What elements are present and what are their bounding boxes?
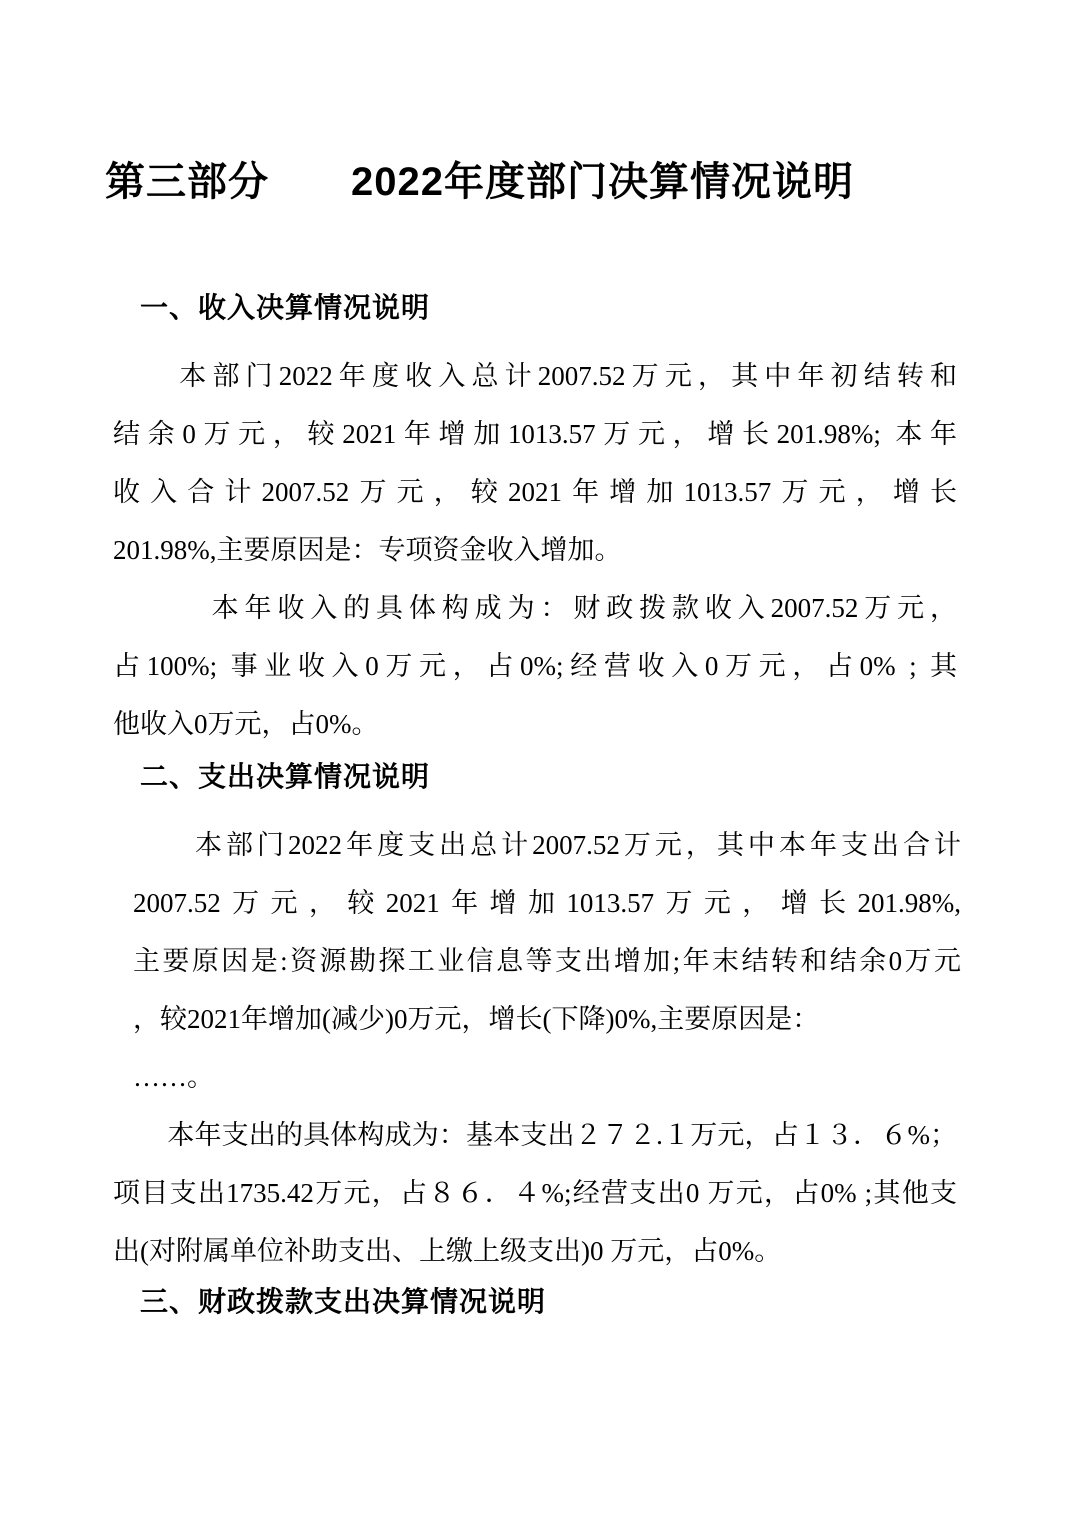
section-heading-fiscal-appropriation: 三、财政拨款支出决算情况说明	[140, 1286, 1072, 1318]
text-line: 本年收入的具体构成为：财政拨款收入2007.52万元，	[113, 579, 957, 637]
text-line: 本部门2022年度支出总计2007.52万元，其中本年支出合计	[133, 816, 961, 874]
document-page: 第三部分 2022年度部门决算情况说明 一、收入决算情况说明 本部门2022年度…	[0, 0, 1072, 1527]
paragraph-income-total: 本部门2022年度收入总计2007.52万元，其中年初结转和 结余0万元，较20…	[113, 347, 957, 579]
paragraph-expenditure-composition: 本年支出的具体构成为：基本支出２７２.１万元，占１３．６%； 项目支出1735.…	[113, 1106, 957, 1280]
text-line: 结余0万元，较2021年增加1013.57万元，增长201.98%; 本年	[113, 405, 957, 463]
text-line: 本年支出的具体构成为：基本支出２７２.１万元，占１３．６%；	[113, 1106, 957, 1164]
text-line: ，较2021年增加(减少)0万元，增长(下降)0%,主要原因是：	[133, 990, 961, 1048]
section-heading-income: 一、收入决算情况说明	[140, 292, 1072, 324]
text-line: 项目支出1735.42万元，占８６．４%;经营支出0 万元，占0% ;其他支	[113, 1164, 957, 1222]
text-line: 201.98%,主要原因是：专项资金收入增加。	[113, 521, 957, 579]
paragraph-income-composition: 本年收入的具体构成为：财政拨款收入2007.52万元， 占100%; 事业收入0…	[113, 579, 957, 753]
paragraph-expenditure-total: 本部门2022年度支出总计2007.52万元，其中本年支出合计 2007.52万…	[133, 816, 961, 1106]
text-line: 主要原因是:资源勘探工业信息等支出增加;年末结转和结余0万元	[133, 932, 961, 990]
text-line: ……。	[133, 1048, 961, 1106]
text-line: 占100%; 事业收入0万元，占0%;经营收入0万元，占0% ; 其	[113, 637, 957, 695]
document-title: 第三部分 2022年度部门决算情况说明	[105, 160, 1072, 204]
section-expenditure: 二、支出决算情况说明 本部门2022年度支出总计2007.52万元，其中本年支出…	[0, 761, 1072, 1280]
section-heading-expenditure: 二、支出决算情况说明	[140, 761, 1072, 793]
text-line: 出(对附属单位补助支出、上缴上级支出)0 万元，占0%。	[113, 1222, 957, 1280]
section-fiscal-appropriation: 三、财政拨款支出决算情况说明	[0, 1286, 1072, 1318]
text-line: 2007.52万元，较2021年增加1013.57万元，增长201.98%,	[133, 874, 961, 932]
section-income: 一、收入决算情况说明 本部门2022年度收入总计2007.52万元，其中年初结转…	[0, 292, 1072, 753]
text-line: 他收入0万元，占0%。	[113, 695, 957, 753]
text-line: 收入合计2007.52万元，较2021年增加1013.57万元，增长	[113, 463, 957, 521]
text-line: 本部门2022年度收入总计2007.52万元，其中年初结转和	[113, 347, 957, 405]
